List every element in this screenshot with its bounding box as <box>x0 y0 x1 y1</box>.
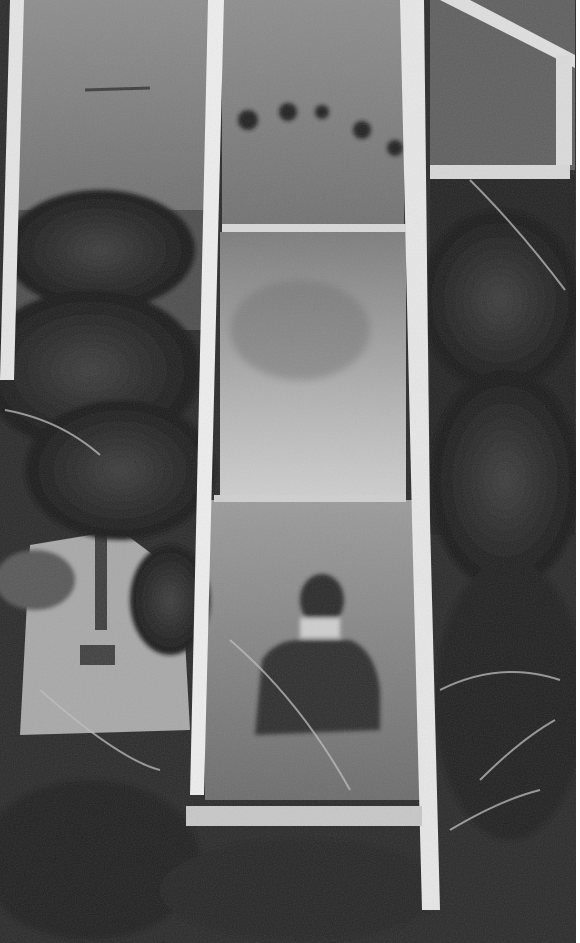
film-grain <box>0 0 580 943</box>
photo-scene <box>0 0 580 943</box>
photograph <box>0 0 580 943</box>
